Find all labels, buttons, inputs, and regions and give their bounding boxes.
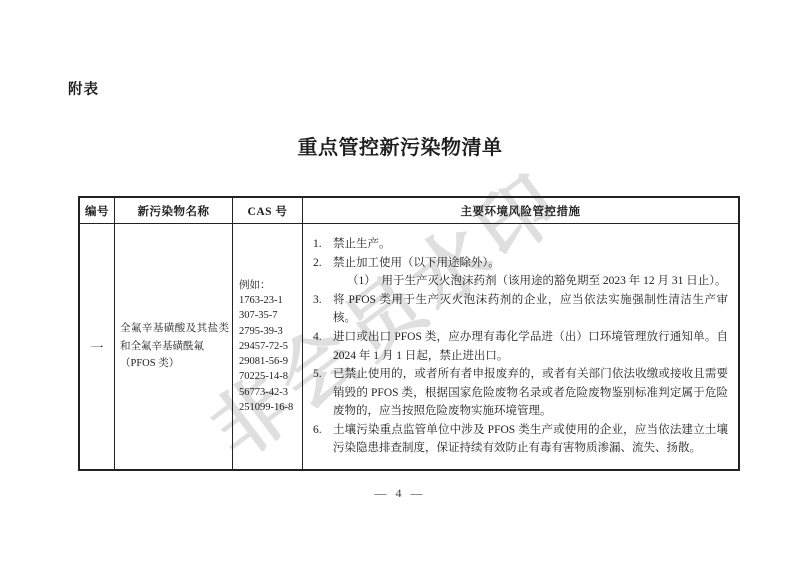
measure-number: 1. [313,235,322,254]
appendix-label: 附表 [68,78,99,99]
cas-label: 例如： [239,278,302,293]
measure-number: 6. [313,421,322,440]
cas-number: 29081-56-9 [239,354,302,369]
control-measures-cell: 1. 禁止生产。 2. 禁止加工使用（以下用途除外）。 （1） 用于生产灭火泡沫… [302,224,738,469]
row-number: 一 [90,337,103,356]
measure-text: 进口或出口 PFOS 类，应办理有毒化学品进（出）口环境管理放行通知单。自 20… [333,331,728,362]
measure-number: 5. [313,365,322,384]
measure-sub-item: （1） 用于生产灭火泡沫药剂（该用途的豁免期至 2023 年 12 月 31 日… [312,272,728,291]
measure-item: 2. 禁止加工使用（以下用途除外）。 [312,254,728,273]
header-pollutant-name: 新污染物名称 [114,198,232,224]
measure-number: 4. [313,328,322,347]
measure-item: 5. 已禁止使用的，或者所有者申报废弃的，或者有关部门依法收缴或接收且需要销毁的… [312,365,728,421]
cas-number: 1763-23-1 [239,293,302,308]
cas-number: 70225-14-8 [239,369,302,384]
pollutant-name-line: 全氟辛基磺酸及其盐类 [120,320,227,338]
measure-item: 3. 将 PFOS 类用于生产灭火泡沫药剂的企业，应当依法实施强制性清洁生产审核… [312,291,728,328]
measure-text: 已禁止使用的，或者所有者申报废弃的，或者有关部门依法收缴或接收且需要销毁的 PF… [333,368,728,417]
page-title: 重点管控新污染物清单 [0,131,800,160]
measure-text: 将 PFOS 类用于生产灭火泡沫药剂的企业，应当依法实施强制性清洁生产审核。 [333,294,728,325]
cas-number: 251099-16-8 [239,400,302,415]
measure-item: 1. 禁止生产。 [312,235,728,254]
measure-item: 4. 进口或出口 PFOS 类，应办理有毒化学品进（出）口环境管理放行通知单。自… [312,328,728,365]
measure-number: 2. [313,254,322,273]
page-number: — 4 — [0,486,800,501]
header-cas-number: CAS 号 [232,198,302,224]
measure-number: 3. [313,291,322,310]
cas-number-cell: 例如： 1763-23-1 307-35-7 2795-39-3 29457-7… [232,224,302,469]
header-control-measures: 主要环境风险管控措施 [302,198,738,224]
cas-number: 56773-42-3 [239,385,302,400]
measure-item: 6. 土壤污染重点监管单位中涉及 PFOS 类生产或使用的企业，应当依法建立土壤… [312,421,728,458]
cas-number: 29457-72-5 [239,339,302,354]
document-page: 非会员水印 附表 重点管控新污染物清单 编号 新污染物名称 CAS 号 主要环境… [0,0,800,566]
pollutant-name-line: （PFOS 类） [120,355,227,373]
measure-text: 土壤污染重点监管单位中涉及 PFOS 类生产或使用的企业，应当依法建立土壤污染隐… [333,424,728,455]
cas-number: 307-35-7 [239,308,302,323]
measure-text: 禁止生产。 [333,238,391,250]
row-number-cell: 一 [80,224,114,469]
pollutants-table: 编号 新污染物名称 CAS 号 主要环境风险管控措施 一 全氟辛基磺酸及其盐类 … [78,196,740,471]
pollutant-name-line: 和全氟辛基磺酰氟 [120,338,227,356]
pollutant-name-cell: 全氟辛基磺酸及其盐类 和全氟辛基磺酰氟 （PFOS 类） [114,224,232,469]
cas-number: 2795-39-3 [239,324,302,339]
measure-text: 禁止加工使用（以下用途除外）。 [333,257,500,269]
header-no: 编号 [80,198,114,224]
